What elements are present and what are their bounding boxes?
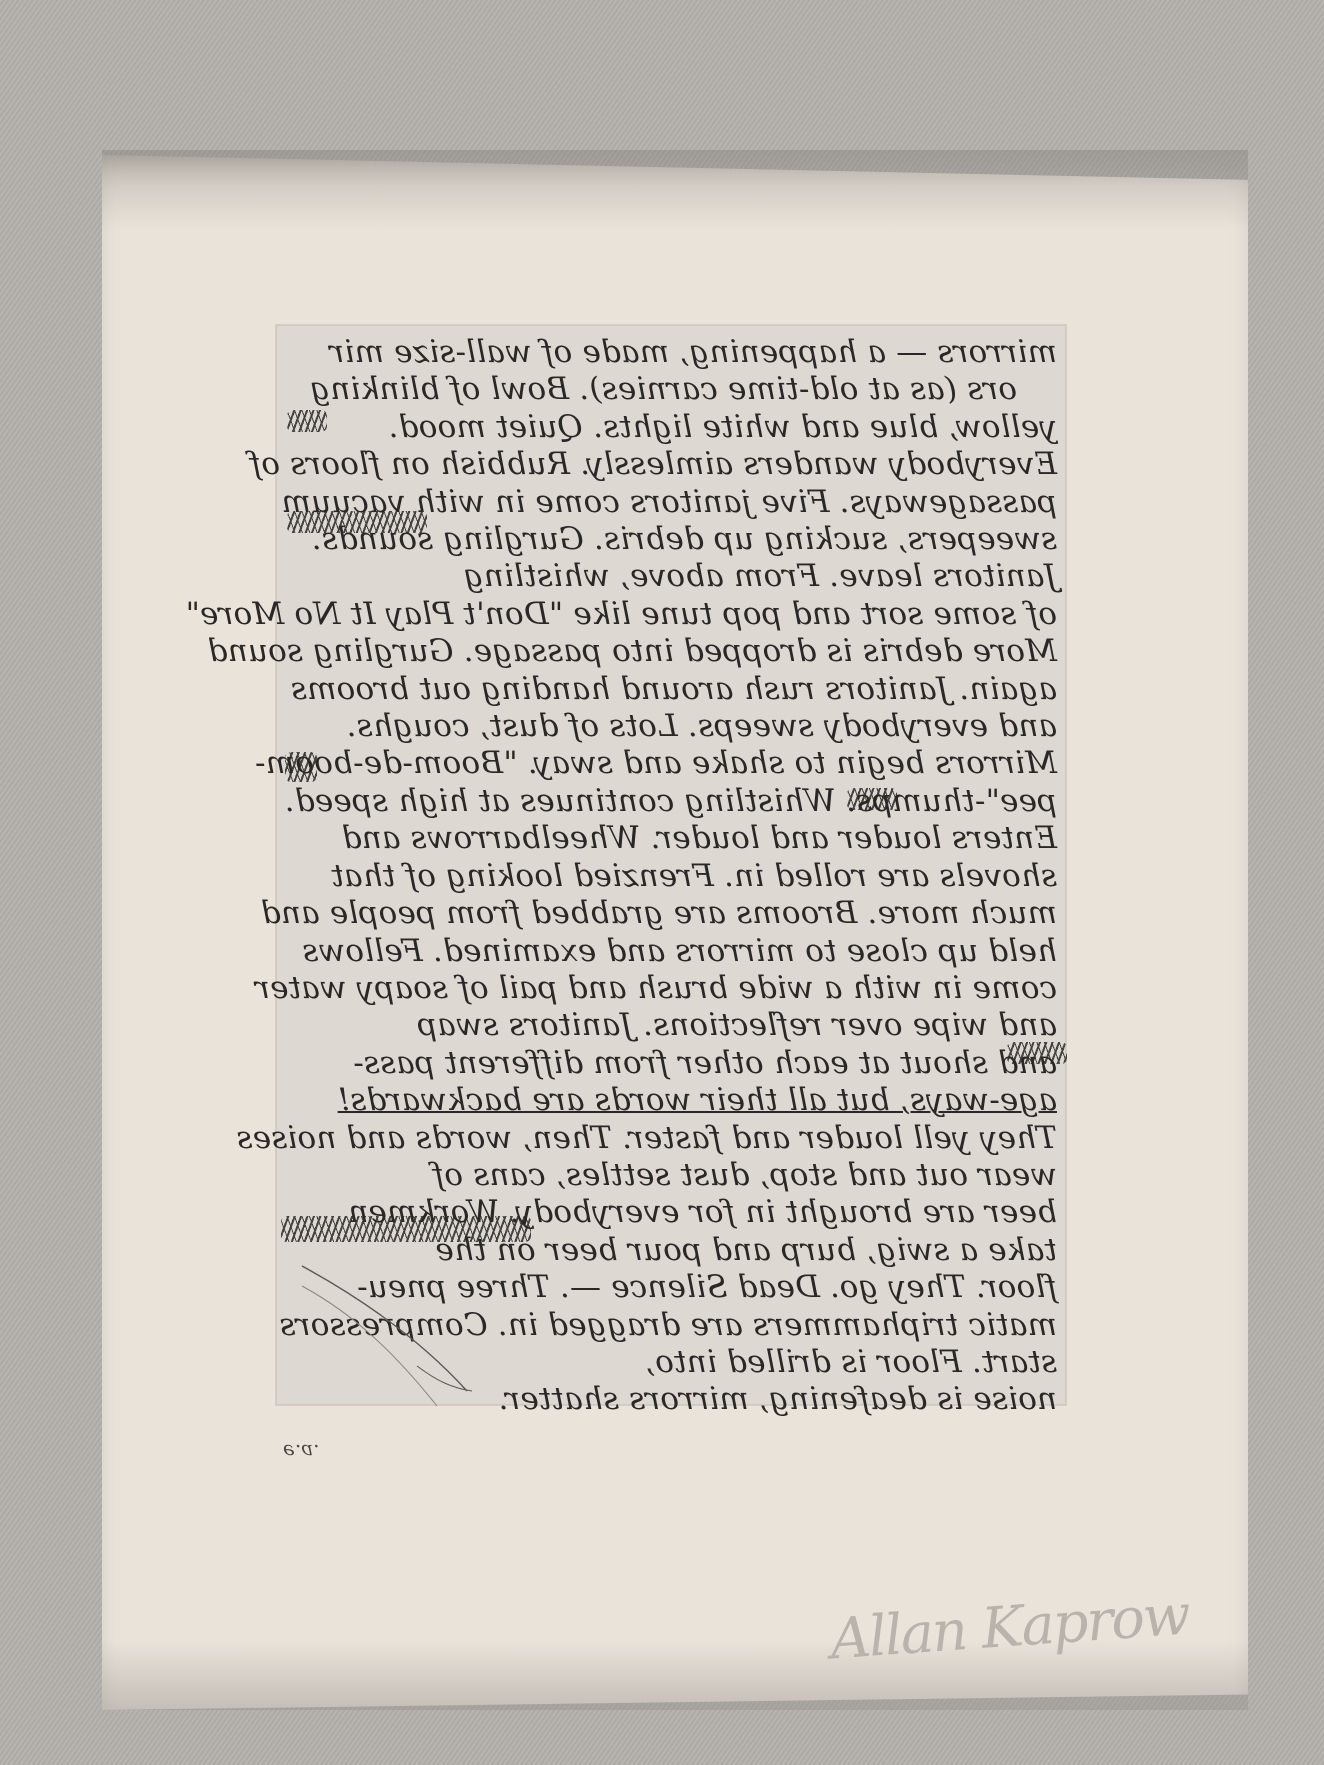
text-line: pee"-thumps. Whistling continues at high… — [295, 783, 1057, 820]
scribble-mark — [287, 511, 427, 533]
text-line: and everybody sweeps. Lots of dust, coug… — [295, 708, 1057, 745]
scribble-mark — [285, 752, 317, 782]
scribble-mark — [847, 788, 897, 810]
text-line: Janitors leave. From above, whistling — [295, 558, 1057, 595]
text-line: Everybody wanders aimlessly. Rubbish on … — [295, 446, 1057, 483]
text-line: yellow, blue and white lights. Quiet moo… — [295, 409, 1057, 446]
text-line: They yell louder and faster. Then, words… — [295, 1120, 1057, 1157]
text-line: and wipe over reflections. Janitors swap — [295, 1007, 1057, 1044]
scribble-mark — [287, 410, 327, 432]
text-line: wear out and stop, dust settles, cans of — [295, 1157, 1057, 1194]
text-line: shovels are rolled in. Frenzied looking … — [295, 858, 1057, 895]
scribble-mark — [1007, 1042, 1067, 1064]
text-line: More debris is dropped into passage. Gur… — [295, 633, 1057, 670]
text-line-underlined: age-ways, but all their words are backwa… — [295, 1082, 1057, 1119]
text-line: again. Janitors rush around handing out … — [295, 671, 1057, 708]
plate-scratch-lines — [297, 1256, 557, 1416]
text-line: mirrors — a happening, made of wall-size… — [295, 334, 1057, 371]
text-line: ors (as at old-time carnies). Bowl of bl… — [295, 371, 1057, 408]
text-line: come in with a wide brush and pail of so… — [295, 970, 1057, 1007]
scribble-mark — [281, 1216, 531, 1242]
text-line: much more. Brooms are grabbed from peopl… — [295, 895, 1057, 932]
edition-mark: e.a. — [283, 1440, 319, 1464]
text-line: held up close to mirrors and examined. F… — [295, 933, 1057, 970]
etching-plate: mirrors — a happening, made of wall-size… — [276, 325, 1066, 1405]
text-line: of some sort and pop tune like "Don't Pl… — [295, 596, 1057, 633]
text-line: and shout at each other from different p… — [295, 1045, 1057, 1082]
text-line: Mirrors begin to shake and sway. "Boom-d… — [295, 745, 1057, 782]
text-line: Enters louder and louder. Wheelbarrows a… — [295, 820, 1057, 857]
